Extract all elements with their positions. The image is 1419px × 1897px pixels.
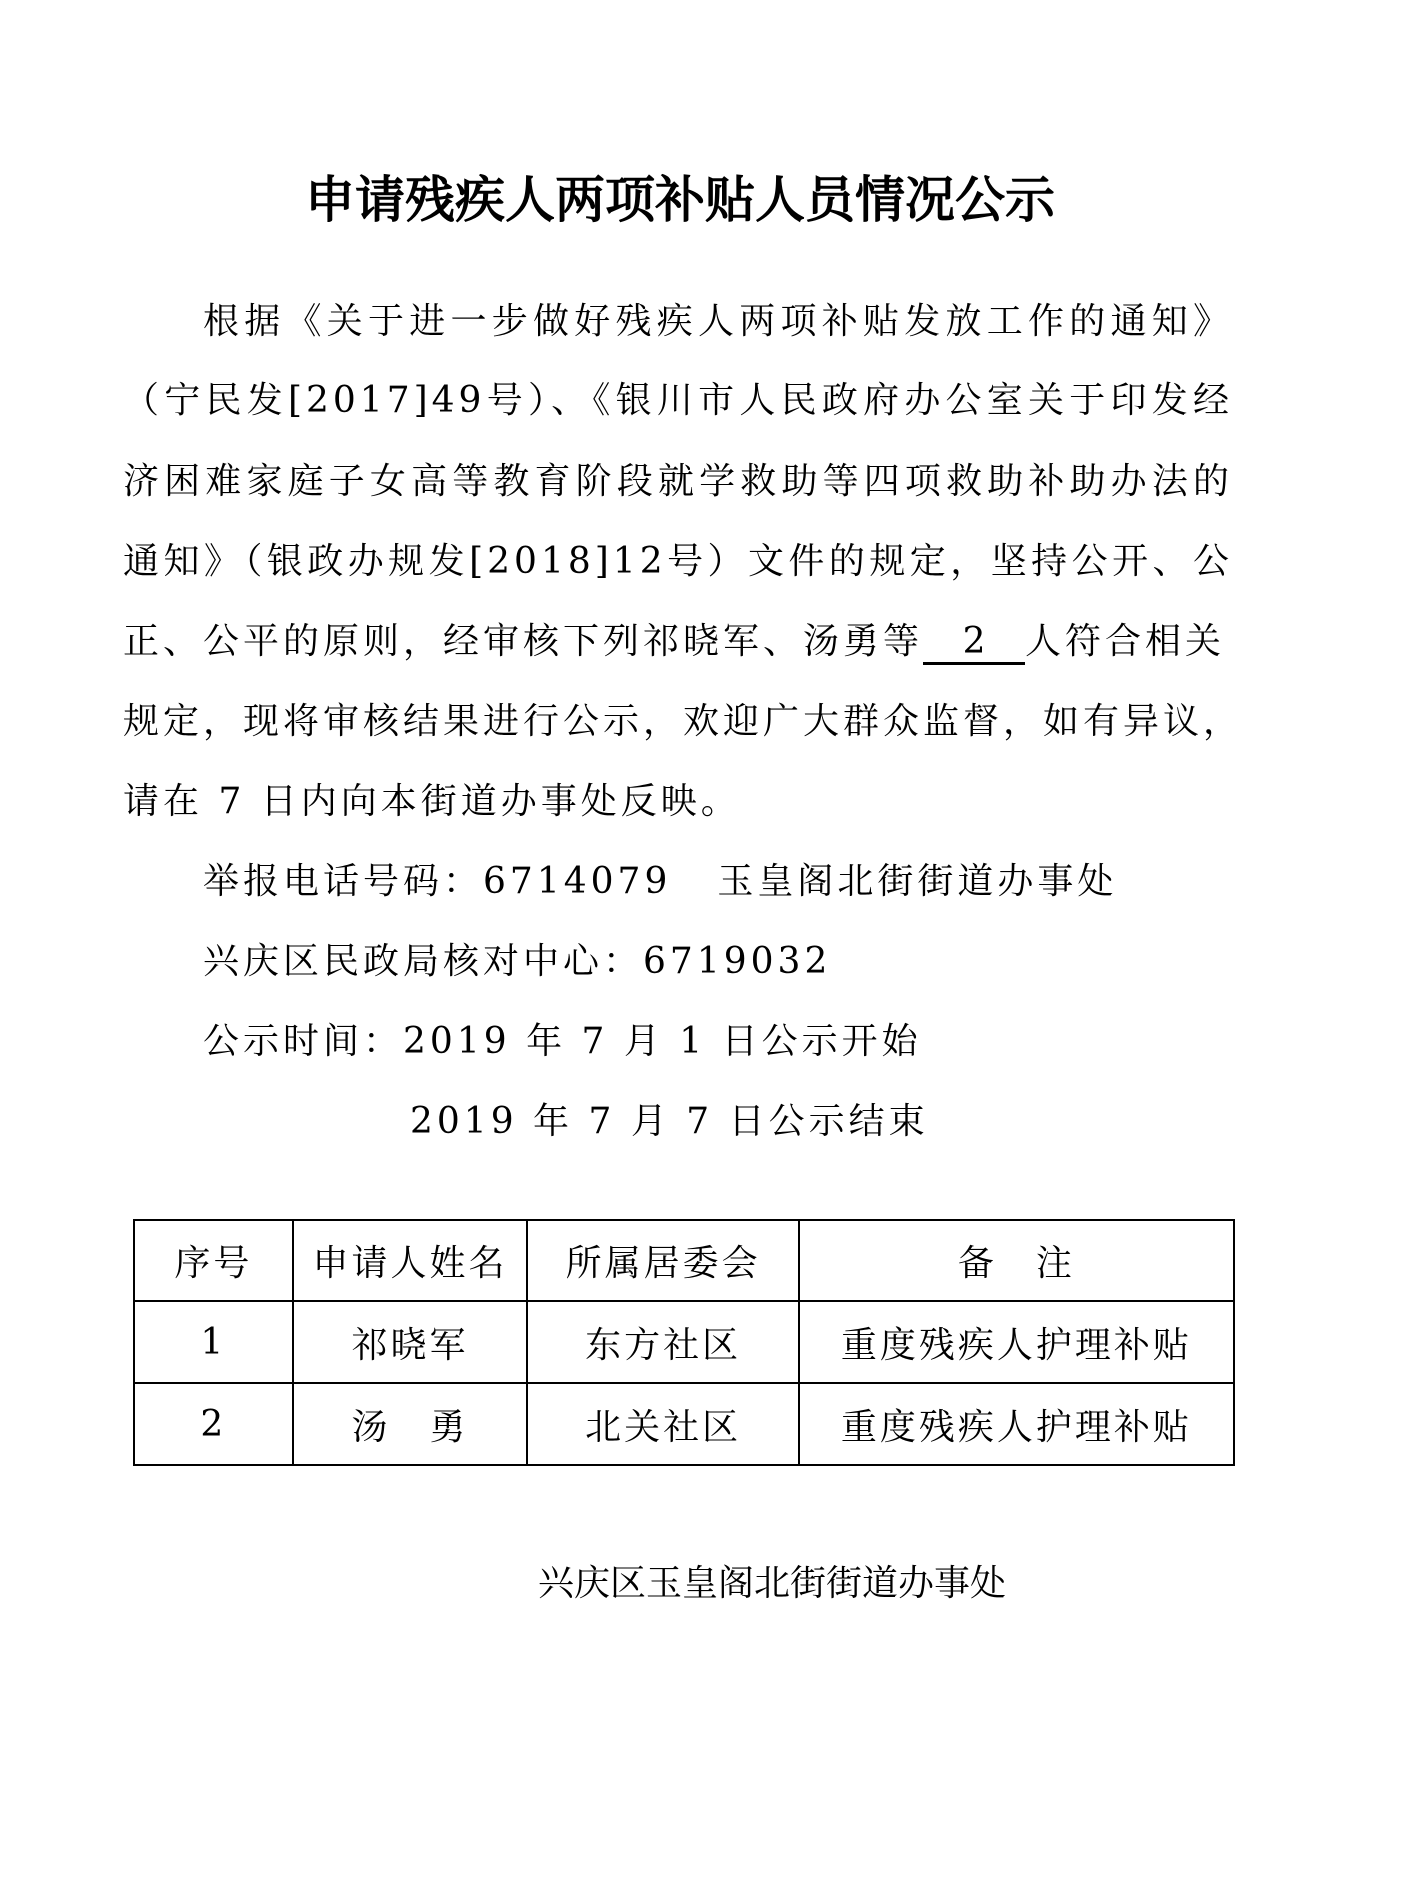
body-line-7: 请在 7 日内向本街道办事处反映。 <box>123 778 1233 826</box>
cell-no: 2 <box>134 1383 293 1465</box>
table-row: 1 祁晓军 东方社区 重度残疾人护理补贴 <box>134 1301 1234 1383</box>
report-phone-label: 举报电话号码： <box>203 861 483 902</box>
body-line-3: 济困难家庭子女高等教育阶段就学救助等四项救助补助办法的 <box>123 458 1233 506</box>
verify-center-label: 兴庆区民政局核对中心： <box>203 941 643 982</box>
header-no: 序号 <box>134 1220 293 1301</box>
cell-remark: 重度残疾人护理补贴 <box>799 1383 1234 1465</box>
cell-committee: 东方社区 <box>527 1301 798 1383</box>
cell-no: 1 <box>134 1301 293 1383</box>
cell-name: 汤 勇 <box>293 1383 528 1465</box>
period-start-line: 公示时间：2019 年 7 月 1 日公示开始 <box>203 1018 1313 1066</box>
body-line-5-suffix: 人符合相关 <box>1025 621 1225 662</box>
report-phone: 6714079 <box>483 861 671 902</box>
cell-remark: 重度残疾人护理补贴 <box>799 1301 1234 1383</box>
cell-name: 祁晓军 <box>293 1301 528 1383</box>
table-header-row: 序号 申请人姓名 所属居委会 备 注 <box>134 1220 1234 1301</box>
header-remark: 备 注 <box>799 1220 1234 1301</box>
report-office: 玉皇阁北街街道办事处 <box>717 861 1117 902</box>
period-start: 2019 年 7 月 1 日公示开始 <box>403 1021 922 1062</box>
header-committee: 所属居委会 <box>527 1220 798 1301</box>
header-name: 申请人姓名 <box>293 1220 528 1301</box>
body-line-1: 根据《关于进一步做好残疾人两项补贴发放工作的通知》 <box>203 298 1233 346</box>
body-line-5-prefix: 正、公平的原则，经审核下列祁晓军、汤勇等 <box>123 621 923 662</box>
body-line-5: 正、公平的原则，经审核下列祁晓军、汤勇等2人符合相关 <box>123 618 1233 666</box>
body-line-2: （宁民发[2017]49号）、《银川市人民政府办公室关于印发经 <box>123 377 1233 425</box>
body-line-4: 通知》（银政办规发[2018]12号）文件的规定，坚持公开、公 <box>123 538 1233 586</box>
body-line-6: 规定，现将审核结果进行公示，欢迎广大群众监督，如有异议， <box>123 698 1233 746</box>
table-row: 2 汤 勇 北关社区 重度残疾人护理补贴 <box>134 1383 1234 1465</box>
period-label: 公示时间： <box>203 1021 403 1062</box>
verify-center-phone: 6719032 <box>643 941 831 982</box>
period-end: 2019 年 7 月 7 日公示结束 <box>410 1098 1419 1146</box>
cell-committee: 北关社区 <box>527 1383 798 1465</box>
signature: 兴庆区玉皇阁北街街道办事处 <box>538 1560 1006 1608</box>
page-title: 申请残疾人两项补贴人员情况公示 <box>0 168 1360 232</box>
applicant-table: 序号 申请人姓名 所属居委会 备 注 1 祁晓军 东方社区 重度残疾人护理补贴 … <box>133 1219 1235 1466</box>
verify-center-line: 兴庆区民政局核对中心：6719032 <box>203 938 1313 986</box>
approved-count: 2 <box>923 622 1025 665</box>
report-phone-line: 举报电话号码：6714079玉皇阁北街街道办事处 <box>203 858 1313 906</box>
